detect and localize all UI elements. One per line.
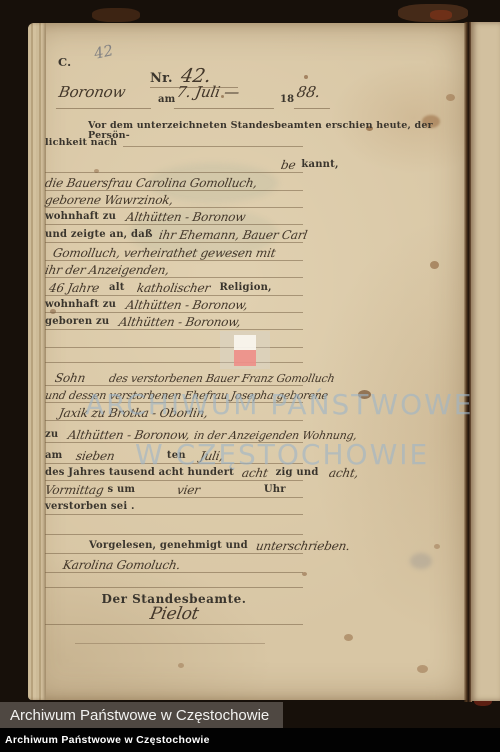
line-informant-residence: wohnhaft zuAlthütten - Boronow [45,207,303,225]
handwritten-text: geborene Wawrzinok, [44,194,174,207]
line-deceased-residence: wohnhaft zuAlthütten - Boronow, [45,295,303,313]
printed-text: Uhr [264,485,286,497]
flag-white-stripe [234,335,256,350]
printed-text: s um [107,485,135,497]
printed-text: zu [45,430,58,442]
corner-letter: C. [58,57,71,71]
handwritten-text: Althütten - Boronow, [118,316,242,329]
handwritten-text: be [280,159,297,172]
handwritten-text: Althütten - Boronow, [125,299,249,312]
flag-red-stripe [234,350,256,366]
date-field: 7. Juli — [174,85,278,109]
handwritten-text: Gomolluch, verheirathet gewesen mit [52,247,277,260]
printed-text: Vorgelesen, genehmigt und [89,541,248,553]
pencil-number: 42 [92,41,114,63]
form-line-blank [45,517,303,535]
line-informant-maiden-name: geborene Wawrzinok, [45,190,303,208]
line-bekannt: bekannt, [45,155,303,173]
handwritten-text: 46 Jahre [48,282,100,295]
blank-rule [123,146,303,147]
stain [430,261,439,269]
embossed-stamp [410,553,432,569]
watermark-line-2: W CZĘSTOCHOWIE [135,438,429,471]
printed-text: wohnhaft zu [45,300,116,312]
line-informant-name: die Bauersfrau Carolina Gomolluch, [45,173,303,191]
intro-line-2: lichkeit nach [45,138,117,150]
handwritten-text: des verstorbenen Bauer Franz Gomolluch [108,373,336,385]
place-field: Boronow [56,85,155,109]
photo-caption-bar: Archiwum Państwowe w Częstochowie [0,702,283,728]
archive-name-statusbar: Archiwum Państwowe w Częstochowie [0,734,210,746]
printed-text: verstorben sei . [45,502,135,514]
handwritten-text: Althütten - Boronow [125,211,247,224]
status-bar: Archiwum Państwowe w Częstochowie [0,728,500,752]
paper-debris [430,10,452,20]
printed-text: Religion, [219,283,271,295]
watermark-flag-logo [220,331,270,369]
am-label: am [158,95,175,107]
stain [417,665,428,673]
printed-text: kannt, [301,160,338,172]
page-stack-edge [28,23,46,700]
stain [446,94,455,101]
handwritten-text: Sohn [54,372,86,385]
handwritten-text: ihr der Anzeigenden, [44,264,170,277]
line-deceased-name: Gomolluch, verheirathet gewesen mit [45,243,303,261]
printed-text: alt [109,283,125,295]
handwritten-text: die Bauersfrau Carolina Gomolluch, [44,177,258,190]
line-deceased-spouse: ihr der Anzeigenden, [45,260,303,278]
line-deceased-birthplace: geboren zuAlthütten - Boronow, [45,312,303,330]
line-closing-formula: Vorgelesen, genehmigt undunterschrieben. [45,536,303,554]
stain [344,634,353,641]
line-registrar-signature: Pielot [45,607,303,625]
handwritten-text: sieben [75,450,116,463]
printed-text: am [45,451,62,463]
handwritten-text: katholischer [135,282,210,295]
paper-debris [92,8,140,22]
form-line-blank [45,570,303,588]
printed-text: geboren zu [45,317,109,329]
line-death-statement: verstorben sei . [45,497,303,515]
line-age-religion: 46 JahrealtkatholischerReligion, [45,278,303,296]
handwritten-text: Pielot [148,606,199,624]
facing-page-edge [471,22,500,701]
handwritten-text: ihr Ehemann, Bauer Carl [158,229,308,242]
printed-text: wohnhaft zu [45,212,116,224]
form-line-blank [75,626,265,644]
stain [304,75,308,79]
stain [178,663,184,668]
watermark-line-1: ARCHIWUM PAŃSTWOWE [85,388,474,421]
year-written: 88. [294,85,334,109]
intro-line-2-row: lichkeit nach [45,135,303,149]
handwritten-text: Vormittag [44,484,105,497]
line-report-start: und zeigte an, daßihr Ehemann, Bauer Car… [45,225,303,243]
document-photo: C. 42 Nr. 42. Boronow am 7. Juli — 18 88… [0,0,500,728]
handwritten-text: unterschrieben. [255,540,351,553]
line-death-time: Vormittags umvierUhr [45,480,303,498]
archive-name-overlay: Archiwum Państwowe w Częstochowie [0,707,269,724]
line-parents-1: Sohndes verstorbenen Bauer Franz Gomollu… [45,368,303,386]
polish-flag-icon [234,335,256,366]
screenshot-root: C. 42 Nr. 42. Boronow am 7. Juli — 18 88… [0,0,500,752]
stain [434,544,440,549]
year-printed: 18 [280,95,294,107]
handwritten-text: vier [176,484,201,497]
printed-text: und zeigte an, daß [45,230,153,242]
